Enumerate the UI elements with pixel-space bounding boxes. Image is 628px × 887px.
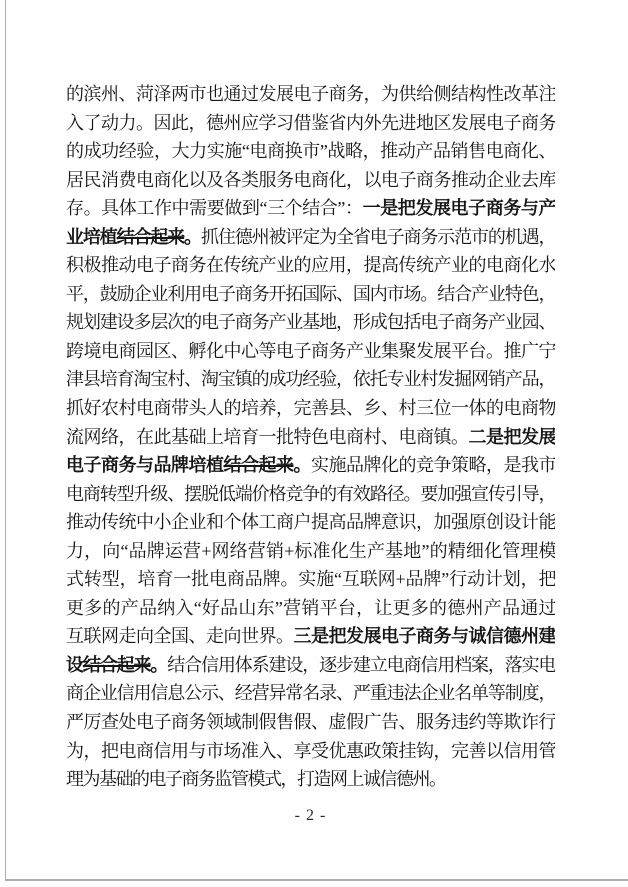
text-line: 的滨州、菏泽两市也通过发展电子商务，为供给侧结构性改革注 (66, 80, 555, 109)
text-line: 严厉查处电子商务领域制假售假、虚假广告、服务违约等欺诈行 (66, 708, 555, 737)
body-text: 理为基础的电子商务监管模式，打造网上诚信德州。 (66, 769, 446, 789)
body-text: 电商转型升级、摆脱低端价格竞争的有效路径。要加强宣传引导， (66, 484, 555, 504)
body-text: 式转型，培育一批电商品牌。实施“互联网+品牌”行动计划，把 (66, 569, 555, 589)
text-line: 电子商务与品牌培植结合起来。实施品牌化的竞争策略，是我市 (66, 451, 555, 480)
body-text: 流网络，在此基础上培育一批特色电商村、电商镇。 (66, 427, 469, 447)
body-text: 严厉查处电子商务领域制假售假、虚假广告、服务违约等欺诈行 (66, 712, 555, 732)
text-line: 理为基础的电子商务监管模式，打造网上诚信德州。 (66, 765, 555, 794)
page-number: - 2 - (66, 807, 555, 825)
body-text: 抓好农村电商带头人的培养，完善县、乡、村三位一体的电商物 (66, 398, 555, 418)
text-line: 式转型，培育一批电商品牌。实施“互联网+品牌”行动计划，把 (66, 565, 555, 594)
body-text: 积极推动电子商务在传统产业的应用，提高传统产业的电商化水 (66, 255, 555, 275)
body-text: 商企业信用信息公示、经营异常名录、严重违法企业名单等制度， (66, 683, 555, 703)
page-scan-edge-left (5, 0, 6, 880)
emphasis-text: 二是把发展 (469, 427, 556, 447)
text-line: 积极推动电子商务在传统产业的应用，提高传统产业的电商化水 (66, 251, 555, 280)
body-text: 力，向“品牌运营+网络营销+标准化生产基地”的精细化管理模 (66, 541, 555, 561)
document-body-text: 的滨州、菏泽两市也通过发展电子商务，为供给侧结构性改革注入了动力。因此，德州应学… (66, 80, 555, 794)
body-text: 居民消费电商化以及各类服务电商化，以电子商务推动企业去库 (66, 170, 555, 190)
body-text: 津县培育淘宝村、淘宝镇的成功经验，依托专业村发掘网销产品， (66, 369, 555, 389)
text-line: 设结合起来。结合信用体系建设，逐步建立电商信用档案，落实电 (66, 651, 555, 680)
body-text: 抓住德州被评定为全省电子商务示范市的机遇， (201, 227, 555, 247)
body-text: 更多的产品纳入“好品山东”营销平台，让更多的德州产品通过 (66, 598, 555, 618)
body-text: 为，把电商信用与市场准入、享受优惠政策挂钩，完善以信用管 (66, 741, 555, 761)
text-line: 为，把电商信用与市场准入、享受优惠政策挂钩，完善以信用管 (66, 737, 555, 766)
body-text: 平，鼓励企业利用电子商务开拓国际、国内市场。结合产业特色， (66, 284, 555, 304)
emphasis-text: 结合起来 (117, 227, 185, 247)
emphasis-text: 电子商务与品牌培植 (66, 455, 224, 475)
body-text: 互联网走向全国、走向世界。 (66, 626, 294, 646)
emphasis-text: 设 (66, 655, 83, 675)
emphasis-text: 业培植 (66, 227, 117, 247)
emphasis-text: 三是把发展电子商务与诚信德州建 (294, 626, 556, 646)
text-line: 跨境电商园区、孵化中心等电子商务产业集聚发展平台。推广宁 (66, 337, 555, 366)
scanned-document-page: 的滨州、菏泽两市也通过发展电子商务，为供给侧结构性改革注入了动力。因此，德州应学… (0, 0, 628, 887)
body-text: 结合信用体系建设，逐步建立电商信用档案，落实电 (167, 655, 555, 675)
body-text: 存。具体工作中需要做到“三个结合”： (66, 198, 363, 218)
emphasis-text: 结合起来 (224, 455, 294, 475)
emphasis-text: 一是把发展电子商务与产 (363, 198, 555, 218)
text-line: 业培植结合起来。抓住德州被评定为全省电子商务示范市的机遇， (66, 223, 555, 252)
body-text: 的成功经验，大力实施“电商换市”战略，推动产品销售电商化、 (66, 141, 555, 161)
text-line: 平，鼓励企业利用电子商务开拓国际、国内市场。结合产业特色， (66, 280, 555, 309)
text-line: 抓好农村电商带头人的培养，完善县、乡、村三位一体的电商物 (66, 394, 555, 423)
emphasis-text: 。 (150, 655, 167, 675)
body-text: 入了动力。因此，德州应学习借鉴省内外先进地区发展电子商务 (66, 113, 555, 133)
text-line: 力，向“品牌运营+网络营销+标准化生产基地”的精细化管理模 (66, 537, 555, 566)
text-line: 规划建设多层次的电子商务产业基地，形成包括电子商务产业园、 (66, 308, 555, 337)
text-line: 推动传统中小企业和个体工商户提高品牌意识，加强原创设计能 (66, 508, 555, 537)
page-scan-edge-bottom (5, 879, 628, 881)
text-line: 流网络，在此基础上培育一批特色电商村、电商镇。二是把发展 (66, 423, 555, 452)
text-line: 的成功经验，大力实施“电商换市”战略，推动产品销售电商化、 (66, 137, 555, 166)
emphasis-text: 。 (294, 455, 312, 475)
body-text: 规划建设多层次的电子商务产业基地，形成包括电子商务产业园、 (66, 312, 555, 332)
text-line: 入了动力。因此，德州应学习借鉴省内外先进地区发展电子商务 (66, 109, 555, 138)
emphasis-text: 结合起来 (83, 655, 151, 675)
body-text: 实施品牌化的竞争策略，是我市 (311, 455, 555, 475)
body-text: 跨境电商园区、孵化中心等电子商务产业集聚发展平台。推广宁 (66, 341, 555, 361)
text-line: 存。具体工作中需要做到“三个结合”：一是把发展电子商务与产 (66, 194, 555, 223)
text-line: 电商转型升级、摆脱低端价格竞争的有效路径。要加强宣传引导， (66, 480, 555, 509)
text-line: 津县培育淘宝村、淘宝镇的成功经验，依托专业村发掘网销产品， (66, 365, 555, 394)
body-text: 推动传统中小企业和个体工商户提高品牌意识，加强原创设计能 (66, 512, 555, 532)
body-text: 的滨州、菏泽两市也通过发展电子商务，为供给侧结构性改革注 (66, 84, 555, 104)
text-line: 更多的产品纳入“好品山东”营销平台，让更多的德州产品通过 (66, 594, 555, 623)
text-line: 互联网走向全国、走向世界。三是把发展电子商务与诚信德州建 (66, 622, 555, 651)
text-line: 居民消费电商化以及各类服务电商化，以电子商务推动企业去库 (66, 166, 555, 195)
emphasis-text: 。 (184, 227, 201, 247)
text-line: 商企业信用信息公示、经营异常名录、严重违法企业名单等制度， (66, 679, 555, 708)
